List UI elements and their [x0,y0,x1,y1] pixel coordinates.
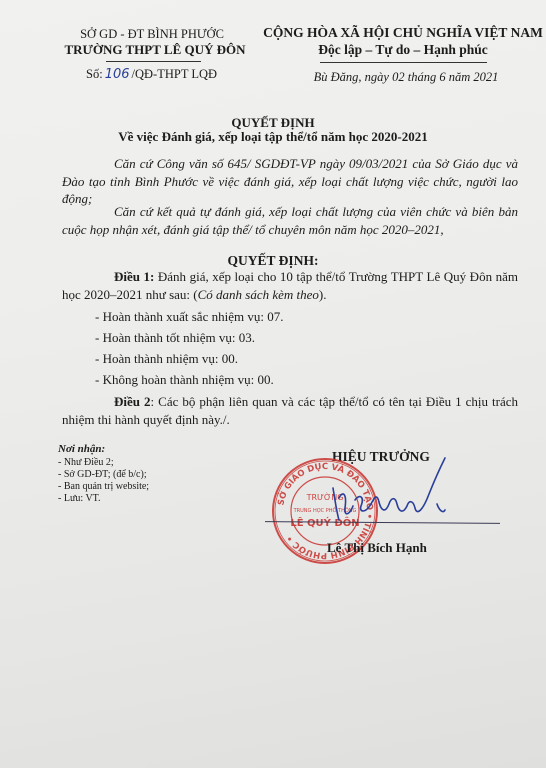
result-item: - Hoàn thành tốt nhiệm vụ: 03. [95,330,255,346]
result-item: - Hoàn thành nhiệm vụ: 00. [95,351,238,367]
place-date: Bù Đăng, ngày 02 tháng 6 năm 2021 [276,70,536,85]
legal-basis-1: Căn cứ Công văn số 645/ SGDĐT-VP ngày 09… [62,155,518,208]
article-2-label: Điều 2 [114,394,151,409]
signer-name: Lê Thị Bích Hạnh [327,540,427,556]
result-item: - Hoàn thành xuất sắc nhiệm vụ: 07. [95,309,283,325]
header-divider-left [106,61,201,62]
doc-number-suffix: /QĐ-THPT LQĐ [132,67,218,81]
legal-basis-2: Căn cứ kết quả tự đánh giá, xếp loại chấ… [62,203,518,238]
recipient-item: - Như Điều 2; [58,457,114,468]
article-1: Điều 1: Đánh giá, xếp loại cho 10 tập th… [62,268,518,303]
attachment-note: Có danh sách kèm theo [198,287,319,302]
national-motto: Độc lập – Tự do – Hạnh phúc [258,42,546,58]
national-title: CỘNG HÒA XÃ HỘI CHỦ NGHĨA VIỆT NAM [258,25,546,41]
article-1-label: Điều 1: [114,269,154,284]
recipient-item: - Lưu: VT. [58,493,101,504]
school-name: TRƯỜNG THPT LÊ QUÝ ĐÔN [50,42,260,58]
handwritten-signature-icon [325,450,505,530]
document-number: Số:106/QĐ-THPT LQĐ [86,67,217,82]
recipients-title: Nơi nhận: [58,443,105,455]
issuing-agency: SỞ GD - ĐT BÌNH PHƯỚC [62,27,242,42]
doc-number-handwritten: 106 [103,67,132,82]
recipient-item: - Sở GD-ĐT; (để b/c); [58,469,147,480]
document-subtitle: Về việc Đánh giá, xếp loại tập thể/tổ nă… [0,129,546,145]
recipient-item: - Ban quản trị website; [58,481,149,492]
header-divider-right [320,62,487,63]
decision-heading: QUYẾT ĐỊNH: [0,253,546,269]
result-item: - Không hoàn thành nhiệm vụ: 00. [95,372,274,388]
article-2: Điều 2: Các bộ phận liên quan và các tập… [62,393,518,428]
doc-number-prefix: Số: [86,67,103,81]
